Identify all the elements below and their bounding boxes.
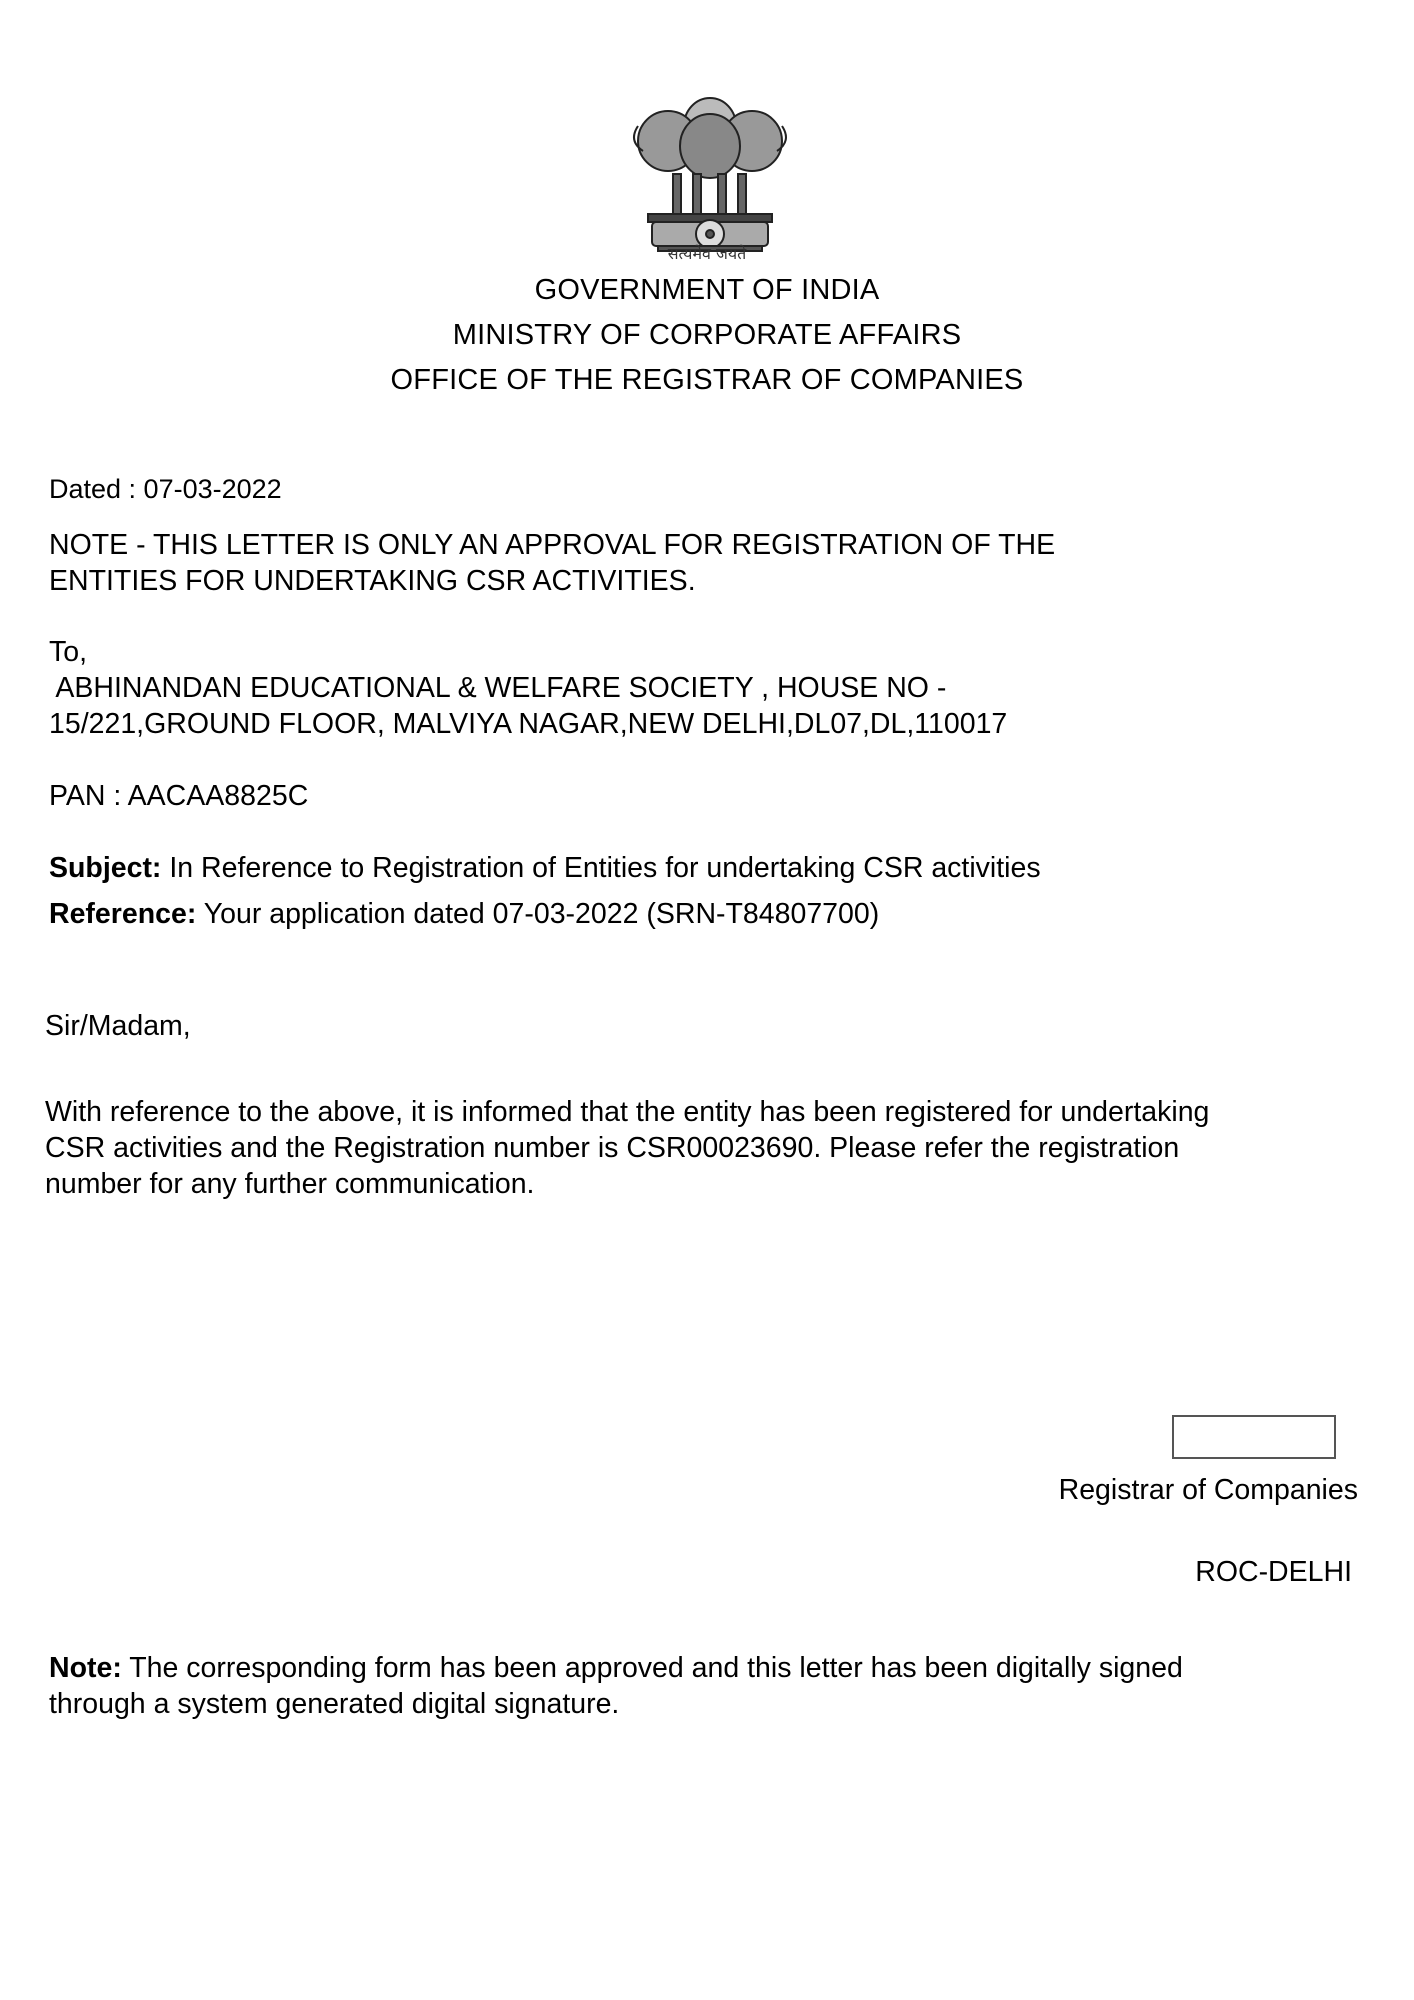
heading-office: OFFICE OF THE REGISTRAR OF COMPANIES: [0, 364, 1414, 397]
subject-label: Subject:: [49, 852, 161, 884]
body-line2: CSR activities and the Registration numb…: [45, 1132, 1179, 1165]
emblem-motto: सत्यमेव जयते: [0, 242, 1414, 264]
footer-note-text: The corresponding form has been approved…: [122, 1652, 1183, 1684]
subject-line: Subject: In Reference to Registration of…: [49, 852, 1041, 885]
address-line2: 15/221,GROUND FLOOR, MALVIYA NAGAR,NEW D…: [49, 708, 1007, 741]
body-line3: number for any further communication.: [45, 1168, 534, 1201]
footer-note-line2: through a system generated digital signa…: [49, 1688, 619, 1721]
digital-signature-box: [1172, 1415, 1336, 1459]
pan-line: PAN : AACAA8825C: [49, 780, 308, 813]
approval-note-line2: ENTITIES FOR UNDERTAKING CSR ACTIVITIES.: [49, 565, 696, 598]
reference-label: Reference:: [49, 898, 196, 930]
to-label: To,: [49, 636, 87, 669]
footer-note-label: Note:: [49, 1652, 122, 1684]
national-emblem-icon: [618, 86, 802, 266]
signatory-title: Registrar of Companies: [1059, 1474, 1358, 1507]
approval-note-line1: NOTE - THIS LETTER IS ONLY AN APPROVAL F…: [49, 529, 1055, 562]
dated-line: Dated : 07-03-2022: [49, 474, 282, 505]
subject-text: In Reference to Registration of Entities…: [161, 852, 1040, 884]
reference-text: Your application dated 07-03-2022 (SRN-T…: [196, 898, 879, 930]
body-line1: With reference to the above, it is infor…: [45, 1096, 1209, 1129]
signatory-office: ROC-DELHI: [1195, 1556, 1352, 1589]
heading-ministry: MINISTRY OF CORPORATE AFFAIRS: [0, 319, 1414, 352]
footer-note-line1: Note: The corresponding form has been ap…: [49, 1652, 1183, 1685]
heading-government: GOVERNMENT OF INDIA: [0, 274, 1414, 307]
reference-line: Reference: Your application dated 07-03-…: [49, 898, 879, 931]
salutation: Sir/Madam,: [45, 1010, 191, 1043]
address-line1: ABHINANDAN EDUCATIONAL & WELFARE SOCIETY…: [49, 672, 946, 705]
